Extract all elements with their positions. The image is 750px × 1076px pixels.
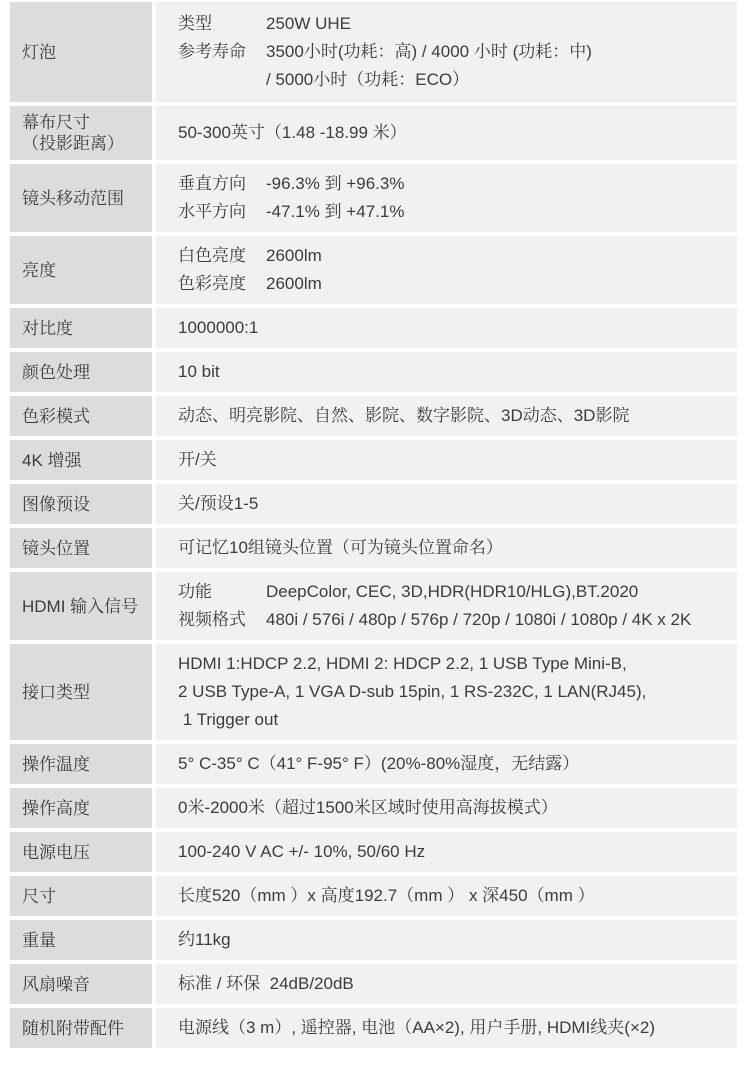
table-row: 灯泡类型250W UHE参考寿命3500小时(功耗：高) / 4000 小时 (… (10, 2, 737, 102)
table-row: 4K 增强开/关 (10, 440, 737, 480)
spec-sub-value: -96.3% 到 +96.3% (266, 170, 725, 198)
spec-value-cell: 1000000:1 (156, 308, 737, 348)
spec-label-cell: 重量 (10, 920, 152, 960)
spec-value-cell: 开/关 (156, 440, 737, 480)
spec-value: 0米-2000米（超过1500米区域时使用高海拔模式） (178, 794, 725, 822)
spec-value-cell: 标准 / 环保 24dB/20dB (156, 964, 737, 1004)
spec-value-cell: 长度520（mm ）x 高度192.7（mm ） x 深450（mm ） (156, 876, 737, 916)
spec-label-cell: 对比度 (10, 308, 152, 348)
table-row: 镜头移动范围垂直方向-96.3% 到 +96.3%水平方向-47.1% 到 +4… (10, 164, 737, 232)
spec-label-cell: HDMI 输入信号 (10, 572, 152, 640)
table-row: 色彩模式动态、明亮影院、自然、影院、数字影院、3D动态、3D影院 (10, 396, 737, 436)
spec-value-cell: 约11kg (156, 920, 737, 960)
spec-label: 色彩模式 (22, 406, 90, 427)
spec-sub-value: 3500小时(功耗：高) / 4000 小时 (功耗：中) / 5000小时（功… (266, 38, 725, 94)
spec-label: 镜头移动范围 (22, 188, 124, 209)
spec-label-cell: 镜头位置 (10, 528, 152, 568)
spec-sub-value: DeepColor, CEC, 3D,HDR(HDR10/HLG),BT.202… (266, 578, 725, 606)
spec-value-cell: 功能DeepColor, CEC, 3D,HDR(HDR10/HLG),BT.2… (156, 572, 737, 640)
spec-label: 灯泡 (22, 42, 56, 63)
spec-sub-row: 参考寿命3500小时(功耗：高) / 4000 小时 (功耗：中) / 5000… (178, 38, 725, 94)
spec-sub-row: 类型250W UHE (178, 10, 725, 38)
spec-sub-label: 水平方向 (178, 198, 266, 226)
spec-value: 50-300英寸（1.48 -18.99 米） (178, 119, 725, 147)
spec-label-cell: 接口类型 (10, 644, 152, 740)
spec-label-cell: 电源电压 (10, 832, 152, 872)
spec-label-cell: 4K 增强 (10, 440, 152, 480)
table-row: 重量约11kg (10, 920, 737, 960)
spec-value-cell: 100-240 V AC +/- 10%, 50/60 Hz (156, 832, 737, 872)
spec-value: 可记忆10组镜头位置（可为镜头位置命名） (178, 534, 725, 562)
spec-value: 100-240 V AC +/- 10%, 50/60 Hz (178, 838, 725, 866)
spec-value-cell: 类型250W UHE参考寿命3500小时(功耗：高) / 4000 小时 (功耗… (156, 2, 737, 102)
spec-sub-value: 480i / 576i / 480p / 576p / 720p / 1080i… (266, 606, 725, 634)
spec-label-cell: 随机附带配件 (10, 1008, 152, 1048)
spec-sub-label: 垂直方向 (178, 170, 266, 198)
spec-sub-value: -47.1% 到 +47.1% (266, 198, 725, 226)
spec-label-cell: 灯泡 (10, 2, 152, 102)
spec-value: HDMI 1:HDCP 2.2, HDMI 2: HDCP 2.2, 1 USB… (178, 650, 725, 734)
spec-label: 亮度 (22, 260, 56, 281)
spec-label: 操作高度 (22, 798, 90, 819)
spec-label-cell: 尺寸 (10, 876, 152, 916)
spec-sub-row: 白色亮度2600lm (178, 242, 725, 270)
table-row: HDMI 输入信号功能DeepColor, CEC, 3D,HDR(HDR10/… (10, 572, 737, 640)
table-row: 对比度1000000:1 (10, 308, 737, 348)
spec-sub-row: 功能DeepColor, CEC, 3D,HDR(HDR10/HLG),BT.2… (178, 578, 725, 606)
spec-sub-label: 视频格式 (178, 606, 266, 634)
spec-label: 镜头位置 (22, 538, 90, 559)
spec-value: 动态、明亮影院、自然、影院、数字影院、3D动态、3D影院 (178, 402, 725, 430)
spec-sub-label: 参考寿命 (178, 38, 266, 94)
spec-value: 1000000:1 (178, 314, 725, 342)
spec-value: 10 bit (178, 358, 725, 386)
spec-value: 约11kg (178, 926, 725, 954)
table-row: 镜头位置可记忆10组镜头位置（可为镜头位置命名） (10, 528, 737, 568)
spec-sub-row: 色彩亮度2600lm (178, 270, 725, 298)
spec-value-cell: 电源线（3 m）, 遥控器, 电池（AA×2), 用户手册, HDMI线夹(×2… (156, 1008, 737, 1048)
spec-label: 接口类型 (22, 682, 90, 703)
spec-value: 开/关 (178, 446, 725, 474)
spec-label-cell: 镜头移动范围 (10, 164, 152, 232)
spec-label-cell: 颜色处理 (10, 352, 152, 392)
spec-sub-label: 功能 (178, 578, 266, 606)
spec-value: 5° C-35° C（41° F-95° F）(20%-80%湿度，无结露） (178, 750, 725, 778)
table-row: 电源电压100-240 V AC +/- 10%, 50/60 Hz (10, 832, 737, 872)
spec-label: 对比度 (22, 318, 73, 339)
spec-value-cell: 关/预设1-5 (156, 484, 737, 524)
spec-value-cell: 5° C-35° C（41° F-95° F）(20%-80%湿度，无结露） (156, 744, 737, 784)
spec-label-cell: 色彩模式 (10, 396, 152, 436)
spec-value: 关/预设1-5 (178, 490, 725, 518)
spec-sub-label: 白色亮度 (178, 242, 266, 270)
spec-value: 电源线（3 m）, 遥控器, 电池（AA×2), 用户手册, HDMI线夹(×2… (178, 1014, 725, 1042)
spec-label-cell: 操作温度 (10, 744, 152, 784)
table-row: 随机附带配件电源线（3 m）, 遥控器, 电池（AA×2), 用户手册, HDM… (10, 1008, 737, 1048)
spec-value: 标准 / 环保 24dB/20dB (178, 970, 725, 998)
spec-value: 长度520（mm ）x 高度192.7（mm ） x 深450（mm ） (178, 882, 725, 910)
table-row: 操作温度5° C-35° C（41° F-95° F）(20%-80%湿度，无结… (10, 744, 737, 784)
spec-sub-row: 垂直方向-96.3% 到 +96.3% (178, 170, 725, 198)
spec-sub-value: 250W UHE (266, 10, 725, 38)
spec-value-cell: 50-300英寸（1.48 -18.99 米） (156, 106, 737, 160)
spec-label: HDMI 输入信号 (22, 596, 138, 617)
table-row: 图像预设关/预设1-5 (10, 484, 737, 524)
table-row: 颜色处理10 bit (10, 352, 737, 392)
spec-value-cell: 可记忆10组镜头位置（可为镜头位置命名） (156, 528, 737, 568)
spec-label: 颜色处理 (22, 362, 90, 383)
spec-value-cell: 白色亮度2600lm色彩亮度2600lm (156, 236, 737, 304)
spec-value-cell: 0米-2000米（超过1500米区域时使用高海拔模式） (156, 788, 737, 828)
spec-sub-value: 2600lm (266, 242, 725, 270)
spec-label-cell: 幕布尺寸 （投影距离） (10, 106, 152, 160)
table-row: 尺寸长度520（mm ）x 高度192.7（mm ） x 深450（mm ） (10, 876, 737, 916)
spec-label: 4K 增强 (22, 450, 82, 471)
spec-sub-label: 色彩亮度 (178, 270, 266, 298)
table-row: 亮度白色亮度2600lm色彩亮度2600lm (10, 236, 737, 304)
spec-label: 幕布尺寸 （投影距离） (22, 112, 124, 154)
spec-sub-row: 视频格式480i / 576i / 480p / 576p / 720p / 1… (178, 606, 725, 634)
spec-value-cell: 动态、明亮影院、自然、影院、数字影院、3D动态、3D影院 (156, 396, 737, 436)
spec-sub-label: 类型 (178, 10, 266, 38)
spec-label: 重量 (22, 930, 56, 951)
spec-label-cell: 风扇噪音 (10, 964, 152, 1004)
spec-sub-value: 2600lm (266, 270, 725, 298)
spec-label-cell: 亮度 (10, 236, 152, 304)
table-row: 幕布尺寸 （投影距离）50-300英寸（1.48 -18.99 米） (10, 106, 737, 160)
table-row: 操作高度0米-2000米（超过1500米区域时使用高海拔模式） (10, 788, 737, 828)
spec-value-cell: 垂直方向-96.3% 到 +96.3%水平方向-47.1% 到 +47.1% (156, 164, 737, 232)
spec-label: 操作温度 (22, 754, 90, 775)
spec-label: 尺寸 (22, 886, 56, 907)
spec-label: 风扇噪音 (22, 974, 90, 995)
table-row: 风扇噪音标准 / 环保 24dB/20dB (10, 964, 737, 1004)
spec-label-cell: 图像预设 (10, 484, 152, 524)
spec-label: 随机附带配件 (22, 1018, 124, 1039)
spec-label: 电源电压 (22, 842, 90, 863)
projector-spec-table: 灯泡类型250W UHE参考寿命3500小时(功耗：高) / 4000 小时 (… (0, 0, 750, 1062)
spec-value-cell: HDMI 1:HDCP 2.2, HDMI 2: HDCP 2.2, 1 USB… (156, 644, 737, 740)
spec-sub-row: 水平方向-47.1% 到 +47.1% (178, 198, 725, 226)
spec-label: 图像预设 (22, 494, 90, 515)
spec-value-cell: 10 bit (156, 352, 737, 392)
table-row: 接口类型HDMI 1:HDCP 2.2, HDMI 2: HDCP 2.2, 1… (10, 644, 737, 740)
spec-label-cell: 操作高度 (10, 788, 152, 828)
